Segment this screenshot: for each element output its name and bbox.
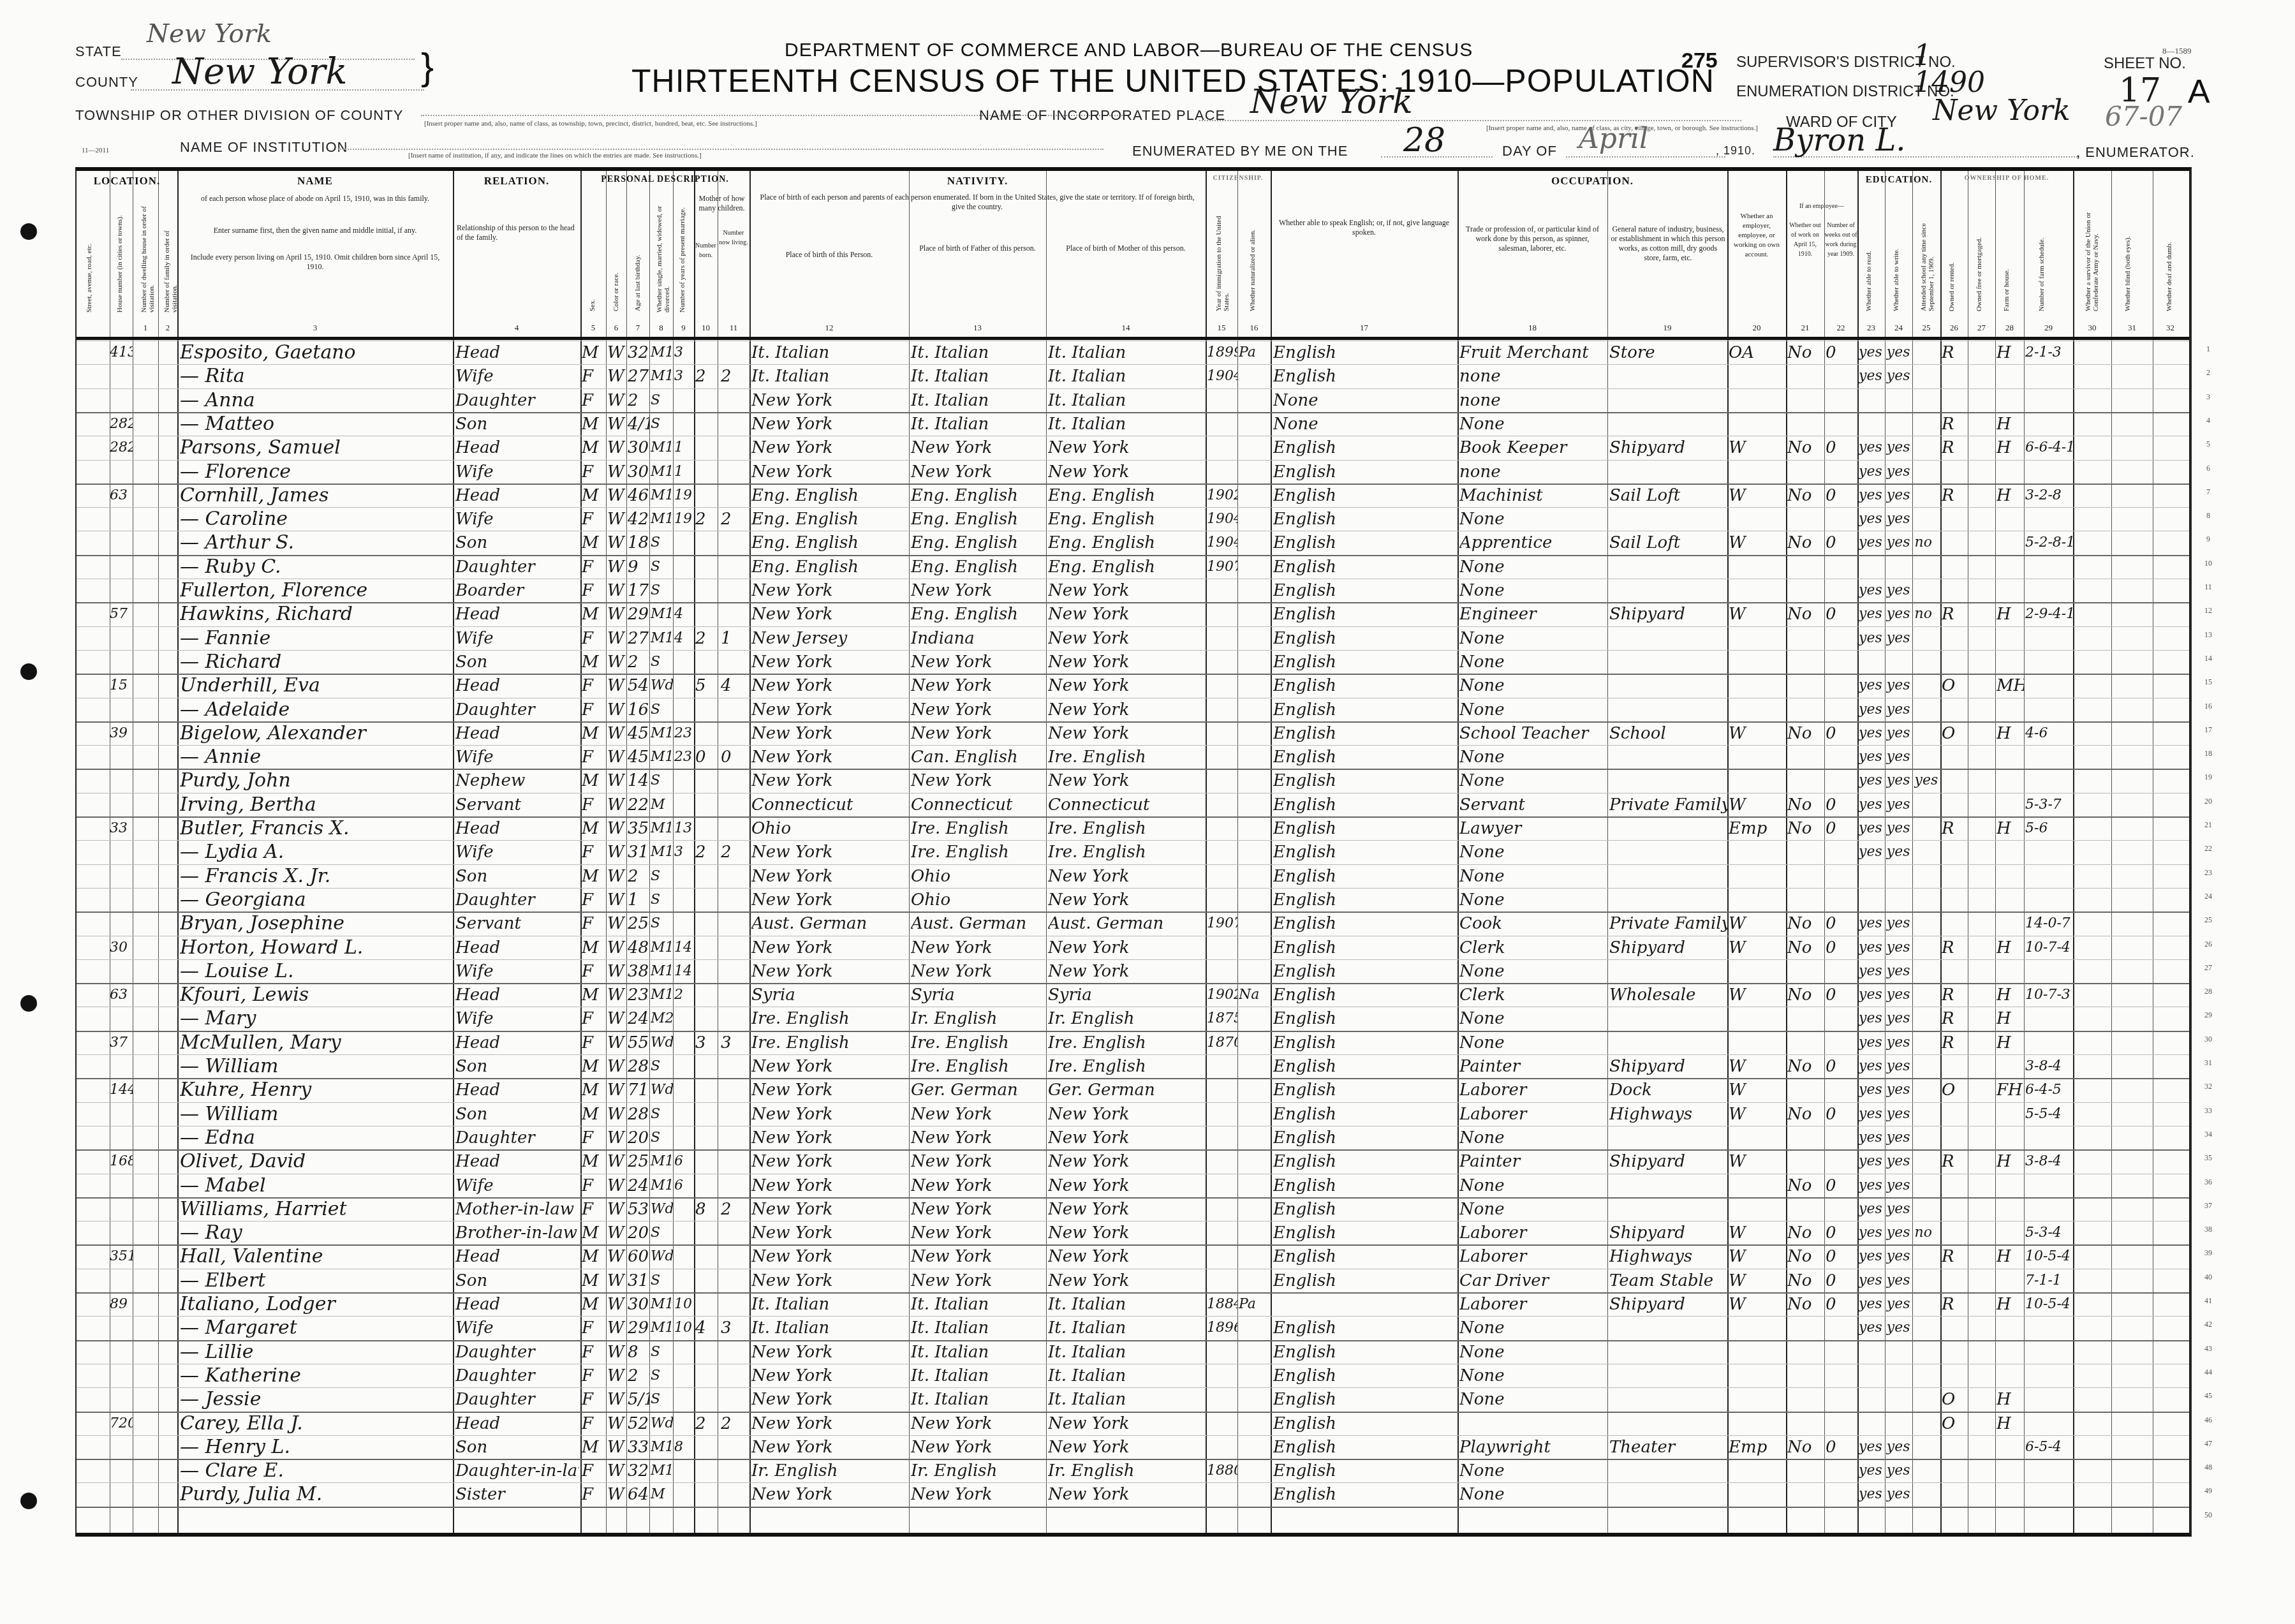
race-cell: W: [607, 650, 626, 674]
mother-birthplace-cell: Ir. English: [1048, 1459, 1206, 1483]
sex-cell: F: [582, 1340, 606, 1364]
employer-status-cell: W: [1729, 1221, 1786, 1245]
language-desc: Whether able to speak English; or, if no…: [1273, 218, 1455, 237]
age-cell: 30: [628, 436, 649, 460]
mother-of: Mother of how many children.: [694, 194, 749, 213]
line-number: 5: [2201, 439, 2216, 449]
table-row: 168Olivet, DavidHeadMW25M16New YorkNew Y…: [77, 1149, 2189, 1173]
language-cell: English: [1273, 1054, 1457, 1079]
sex-cell: M: [582, 1244, 606, 1269]
race-cell: W: [607, 460, 626, 484]
father-birthplace-cell: Aust. German: [911, 912, 1046, 936]
person-name-cell: Irving, Bertha: [180, 793, 451, 817]
employer-status-cell: W: [1729, 1102, 1786, 1126]
table-row: — AdelaideDaughterFW16SNew YorkNew YorkN…: [77, 698, 2189, 721]
years-married-cell: 3: [674, 840, 694, 864]
house-number-cell: 351: [110, 1244, 133, 1269]
trade-cell: none: [1459, 460, 1607, 484]
vh-veteran: Whether a survivor of the Union or Confe…: [2085, 177, 2100, 311]
trade-cell: None: [1459, 555, 1607, 579]
farm-house-cell: MH: [1996, 674, 2024, 698]
marital-status-cell: M1: [651, 936, 673, 960]
sheet-letter: A: [2188, 73, 2210, 111]
line-number: 28: [2201, 987, 2216, 996]
home-schedule-cell: 3-8-4: [2025, 1149, 2153, 1174]
person-name-cell: Butler, Francis X.: [180, 816, 451, 841]
language-cell: English: [1273, 1316, 1457, 1340]
birthplace-cell: Ire. English: [751, 1031, 909, 1055]
table-row: — RitaWifeFW27M1322It. ItalianIt. Italia…: [77, 364, 2189, 388]
header-occupation: OCCUPATION.: [1457, 175, 1727, 188]
birthplace-cell: New York: [751, 674, 909, 698]
read-write-cell: yes yes: [1859, 721, 1940, 746]
header-relation: RELATION.: [453, 175, 580, 188]
line-number: 44: [2201, 1368, 2216, 1377]
marital-status-cell: M1: [651, 983, 673, 1007]
colnum: 18: [1457, 323, 1607, 333]
age-cell: 45: [628, 721, 649, 746]
trade-cell: Laborer: [1459, 1102, 1607, 1126]
person-name-cell: Hall, Valentine: [180, 1244, 451, 1269]
house-number-cell: 282: [110, 436, 133, 460]
birthplace-cell: New York: [751, 864, 909, 889]
race-cell: W: [607, 959, 626, 984]
marital-status-cell: M1: [651, 1292, 673, 1317]
relation-cell: Head: [455, 436, 579, 460]
incorporated-place-label: Name of incorporated place: [979, 107, 1225, 124]
age-cell: 25: [628, 1149, 649, 1174]
line-number: 50: [2201, 1510, 2216, 1520]
read-write-cell: yes yes: [1859, 912, 1940, 936]
vh-age: Age at last birthday.: [634, 209, 642, 311]
language-cell: English: [1273, 912, 1457, 936]
person-name-cell: Bigelow, Alexander: [180, 721, 451, 746]
race-cell: W: [607, 1435, 626, 1459]
read-write-cell: yes yes: [1859, 364, 1940, 388]
sex-cell: M: [582, 484, 606, 508]
trade-cell: Apprentice: [1459, 531, 1607, 555]
farm-house-cell: H: [1996, 412, 2024, 436]
sex-cell: F: [582, 959, 606, 984]
age-cell: 27: [628, 626, 649, 651]
birthplace-cell: New York: [751, 436, 909, 460]
line-number: 12: [2201, 606, 2216, 616]
relation-cell: Head: [455, 1292, 579, 1317]
birthplace-cell: New York: [751, 721, 909, 746]
father-birthplace-cell: New York: [911, 674, 1046, 698]
employer-status-cell: W: [1729, 983, 1786, 1007]
father-birthplace-cell: New York: [911, 1102, 1046, 1126]
race-cell: W: [607, 1412, 626, 1436]
father-birthplace-cell: New York: [911, 1435, 1046, 1459]
birth-mother: Place of birth of Mother of this person.: [1049, 244, 1202, 253]
trade-cell: None: [1459, 1174, 1607, 1198]
person-name-cell: — Clare E.: [180, 1459, 451, 1483]
age-cell: 54: [628, 674, 649, 698]
race-cell: W: [607, 864, 626, 889]
marital-status-cell: M1: [651, 364, 673, 388]
marital-status-cell: M1: [651, 484, 673, 508]
race-cell: W: [607, 674, 626, 698]
age-cell: 28: [628, 1054, 649, 1079]
relation-cell: Head: [455, 1031, 579, 1055]
age-cell: 28: [628, 1102, 649, 1126]
trade-cell: Laborer: [1459, 1292, 1607, 1317]
birthplace-cell: New York: [751, 1244, 909, 1269]
immigration-year-cell: 1904: [1207, 507, 1237, 531]
person-name-cell: — Anna: [180, 388, 451, 413]
house-number-cell: 15: [110, 674, 133, 698]
relation-cell: Wife: [455, 1007, 579, 1031]
mother-birthplace-cell: New York: [1048, 579, 1206, 603]
house-number-cell: 413: [110, 341, 133, 365]
race-cell: W: [607, 1174, 626, 1198]
immigration-year-cell: 1880: [1207, 1459, 1237, 1483]
owned-rented-cell: R: [1942, 1244, 1968, 1269]
line-number: 35: [2201, 1153, 2216, 1163]
read-write-cell: yes yes: [1859, 1482, 1940, 1507]
person-name-cell: Bryan, Josephine: [180, 912, 451, 936]
vh-family: Number of family in order of visitation.: [163, 204, 179, 313]
sex-cell: M: [582, 1054, 606, 1079]
employer-status-cell: W: [1729, 531, 1786, 555]
out-of-work-cell: No: [1787, 1435, 1824, 1459]
father-birthplace-cell: Eng. English: [911, 602, 1046, 626]
read-write-cell: yes yes: [1859, 1007, 1940, 1031]
children-living-cell: 3: [721, 1031, 749, 1055]
naturalization-cell: Na: [1239, 983, 1271, 1007]
house-number-cell: 89: [110, 1292, 133, 1317]
punch-hole: [20, 1493, 37, 1509]
marital-status-cell: M1: [651, 840, 673, 864]
sex-cell: F: [582, 579, 606, 603]
sex-cell: M: [582, 983, 606, 1007]
mother-birthplace-cell: New York: [1048, 602, 1206, 626]
birthplace-cell: New York: [751, 959, 909, 984]
marital-status-cell: S: [651, 579, 673, 603]
table-row: 282Parsons, SamuelHeadMW30M11New YorkNew…: [77, 436, 2189, 459]
home-schedule-cell: 5-5-4: [2025, 1102, 2153, 1126]
trade-cell: None: [1459, 626, 1607, 651]
home-schedule-cell: 10-7-3: [2025, 983, 2153, 1007]
out-of-work-cell: No: [1787, 1174, 1824, 1198]
mother-birthplace-cell: New York: [1048, 864, 1206, 889]
vh-write: Whether able to write.: [1893, 196, 1900, 311]
mother-birthplace-cell: It. Italian: [1048, 1292, 1206, 1317]
header-nativity: NATIVITY.: [749, 175, 1206, 188]
relation-cell: Son: [455, 1102, 579, 1126]
punch-hole: [20, 995, 37, 1012]
mother-birthplace-cell: Aust. German: [1048, 912, 1206, 936]
trade-cell: None: [1459, 1387, 1607, 1412]
sex-cell: M: [582, 412, 606, 436]
birthplace-cell: New York: [751, 460, 909, 484]
farm-house-cell: H: [1996, 816, 2024, 841]
marital-status-cell: S: [651, 1269, 673, 1293]
age-cell: 53: [628, 1197, 649, 1222]
age-cell: 16: [628, 698, 649, 722]
father-birthplace-cell: New York: [911, 1482, 1046, 1507]
vh-free: Owned free or mortgaged.: [1975, 196, 1983, 311]
father-birthplace-cell: New York: [911, 460, 1046, 484]
relation-cell: Son: [455, 412, 579, 436]
line-number: 46: [2201, 1415, 2216, 1425]
institution-label: Name of institution: [180, 139, 348, 156]
sex-cell: M: [582, 650, 606, 674]
relation-cell: Boarder: [455, 579, 579, 603]
race-cell: W: [607, 840, 626, 864]
trade-cell: Playwright: [1459, 1435, 1607, 1459]
father-birthplace-cell: New York: [911, 1197, 1046, 1222]
owned-rented-cell: R: [1942, 436, 1968, 460]
relation-cell: Head: [455, 674, 579, 698]
census-title: THIRTEENTH CENSUS OF THE UNITED STATES: …: [631, 63, 1715, 100]
birthplace-cell: New York: [751, 1435, 909, 1459]
home-schedule-cell: 5-3-7: [2025, 793, 2153, 817]
relation-cell: Son: [455, 531, 579, 555]
mother-birthplace-cell: It. Italian: [1048, 388, 1206, 413]
table-row: — FlorenceWifeFW30M11New YorkNew YorkNew…: [77, 460, 2189, 484]
birthplace-cell: New York: [751, 1078, 909, 1102]
read-write-cell: yes yes: [1859, 484, 1940, 508]
table-row: — MaryWifeFW24M2Ire. EnglishIr. EnglishI…: [77, 1007, 2189, 1030]
father-birthplace-cell: New York: [911, 1244, 1046, 1269]
read-write-cell: yes yes: [1859, 1269, 1940, 1293]
house-number-cell: 30: [110, 936, 133, 960]
weeks-out-cell: 0: [1826, 983, 1857, 1007]
table-row: 63Cornhill, JamesHeadMW46M119Eng. Englis…: [77, 484, 2189, 507]
read-write-cell: yes yes: [1859, 626, 1940, 651]
trade-cell: Book Keeper: [1459, 436, 1607, 460]
vh-farm: Farm or house.: [2003, 196, 2011, 311]
relation-cell: Daughter: [455, 698, 579, 722]
language-cell: English: [1273, 1435, 1457, 1459]
person-name-cell: Fullerton, Florence: [180, 579, 451, 603]
person-name-cell: Williams, Harriet: [180, 1197, 451, 1222]
nativity-desc: Place of birth of each person and parent…: [754, 193, 1200, 212]
mother-birthplace-cell: New York: [1048, 1412, 1206, 1436]
years-married-cell: 19: [674, 484, 694, 508]
trade-cell: None: [1459, 650, 1607, 674]
day-value: 28: [1403, 121, 1445, 159]
language-cell: English: [1273, 341, 1457, 365]
out-of-work: Whether out of work on April 15, 1910.: [1786, 221, 1824, 259]
marital-status-cell: M1: [651, 721, 673, 746]
age-cell: 1: [628, 888, 649, 912]
mother-birthplace-cell: New York: [1048, 650, 1206, 674]
mother-birthplace-cell: It. Italian: [1048, 341, 1206, 365]
mother-birthplace-cell: New York: [1048, 1435, 1206, 1459]
father-birthplace-cell: Ire. English: [911, 840, 1046, 864]
colnum: 4: [453, 323, 580, 333]
township-instruction: [Insert proper name and, also, name of c…: [424, 120, 757, 128]
person-name-cell: McMullen, Mary: [180, 1031, 451, 1055]
marital-status-cell: S: [651, 1221, 673, 1245]
father-birthplace-cell: It. Italian: [911, 1316, 1046, 1340]
birthplace-cell: New York: [751, 1126, 909, 1150]
birthplace-cell: Aust. German: [751, 912, 909, 936]
house-number-cell: 720: [110, 1412, 133, 1436]
marital-status-cell: Wd: [651, 674, 673, 698]
sex-cell: F: [582, 388, 606, 413]
relation-cell: Head: [455, 602, 579, 626]
farm-house-cell: H: [1996, 602, 2024, 626]
person-name-cell: — Caroline: [180, 507, 451, 531]
marital-status-cell: M1: [651, 1435, 673, 1459]
read-write-cell: yes yes: [1859, 983, 1940, 1007]
years-married-cell: 10: [674, 1292, 694, 1317]
table-row: Fullerton, FlorenceBoarderFW17SNew YorkN…: [77, 579, 2189, 602]
age-cell: 35: [628, 816, 649, 841]
person-name-cell: — Henry L.: [180, 1435, 451, 1459]
farm-house-cell: H: [1996, 1244, 2024, 1269]
farm-house-cell: H: [1996, 1387, 2024, 1412]
table-row: 39Bigelow, AlexanderHeadMW45M123New York…: [77, 721, 2189, 745]
age-cell: 33: [628, 1435, 649, 1459]
father-birthplace-cell: Ire. English: [911, 1054, 1046, 1079]
line-number: 32: [2201, 1082, 2216, 1091]
employer-status-cell: W: [1729, 602, 1786, 626]
marital-status-cell: S: [651, 650, 673, 674]
colnum: 2: [158, 323, 177, 333]
table-row: Bryan, JosephineServantFW25SAust. German…: [77, 912, 2189, 935]
name-include: Include every person living on April 15,…: [184, 253, 446, 272]
trade-cell: none: [1459, 388, 1607, 413]
children-living-cell: 1: [721, 626, 749, 651]
line-number: 26: [2201, 940, 2216, 949]
naturalization-cell: Pa: [1239, 1292, 1271, 1317]
sex-cell: M: [582, 864, 606, 889]
immigration-year-cell: 1875: [1207, 1007, 1237, 1031]
mother-birthplace-cell: It. Italian: [1048, 1340, 1206, 1364]
age-cell: 48: [628, 936, 649, 960]
marital-status-cell: S: [651, 388, 673, 413]
sex-cell: F: [582, 1007, 606, 1031]
table-row: — Clare E.Daughter-in-lawFW32M1Ir. Engli…: [77, 1459, 2189, 1482]
person-name-cell: Hawkins, Richard: [180, 602, 451, 626]
marital-status-cell: M1: [651, 626, 673, 651]
age-cell: 2: [628, 864, 649, 889]
language-cell: English: [1273, 1482, 1457, 1507]
race-cell: W: [607, 888, 626, 912]
vh-read: Whether able to read.: [1865, 196, 1873, 311]
trade-cell: none: [1459, 364, 1607, 388]
sex-cell: F: [582, 555, 606, 579]
table-row: — CarolineWifeFW42M11922Eng. EnglishEng.…: [77, 507, 2189, 531]
home-schedule-cell: 6-6-4-1: [2025, 436, 2153, 460]
marital-status-cell: Wd: [651, 1412, 673, 1436]
employer-status-cell: W: [1729, 793, 1786, 817]
table-row: — MabelWifeFW24M16New YorkNew YorkNew Yo…: [77, 1174, 2189, 1197]
language-cell: English: [1273, 1197, 1457, 1222]
out-of-work-cell: No: [1787, 721, 1824, 746]
industry-cell: Private Family: [1609, 912, 1727, 936]
out-of-work-cell: No: [1787, 531, 1824, 555]
race-cell: W: [607, 1221, 626, 1245]
owned-rented-cell: R: [1942, 983, 1968, 1007]
ward-label: Ward of city: [1786, 114, 1897, 131]
employer-desc: Whether an employer, employee, or workin…: [1729, 212, 1785, 260]
years-married-cell: 4: [674, 626, 694, 651]
owned-rented-cell: R: [1942, 1149, 1968, 1174]
read-write-cell: yes yes yes: [1859, 769, 1940, 793]
trade-cell: None: [1459, 698, 1607, 722]
farm-house-cell: H: [1996, 1007, 2024, 1031]
father-birthplace-cell: New York: [911, 769, 1046, 793]
enumerated-label: Enumerated by me on the: [1132, 143, 1348, 159]
relation-cell: Wife: [455, 507, 579, 531]
relation-cell: Wife: [455, 364, 579, 388]
race-cell: W: [607, 936, 626, 960]
weeks-out-cell: 0: [1826, 484, 1857, 508]
read-write-cell: yes yes: [1859, 460, 1940, 484]
read-write-cell: yes yes no: [1859, 531, 1940, 555]
age-cell: 20: [628, 1221, 649, 1245]
sex-cell: F: [582, 1364, 606, 1388]
language-cell: English: [1273, 936, 1457, 960]
vh-house: House number (in cities or towns).: [116, 204, 124, 313]
marital-status-cell: Wd: [651, 1197, 673, 1222]
trade-cell: Painter: [1459, 1054, 1607, 1079]
read-write-cell: yes yes: [1859, 341, 1940, 365]
table-row: 63Kfouri, LewisHeadMW23M12SyriaSyriaSyri…: [77, 983, 2189, 1007]
race-cell: W: [607, 507, 626, 531]
colnum: 6: [606, 323, 626, 333]
brace: }: [421, 45, 434, 89]
home-schedule-cell: 2-1-3: [2025, 341, 2153, 365]
father-birthplace-cell: Ire. English: [911, 1031, 1046, 1055]
relation-cell: Son: [455, 864, 579, 889]
farm-house-cell: H: [1996, 1292, 2024, 1317]
table-row: 720Carey, Ella J.HeadFW52Wd22New YorkNew…: [77, 1412, 2189, 1435]
employer-status-cell: W: [1729, 1244, 1786, 1269]
birthplace-cell: Ir. English: [751, 1459, 909, 1483]
race-cell: W: [607, 579, 626, 603]
industry-cell: Highways: [1609, 1102, 1727, 1126]
immigration-year-cell: 1902: [1207, 983, 1237, 1007]
language-cell: English: [1273, 698, 1457, 722]
trade-cell: None: [1459, 579, 1607, 603]
sex-cell: F: [582, 674, 606, 698]
father-birthplace-cell: New York: [911, 650, 1046, 674]
weeks-out-cell: 0: [1826, 1244, 1857, 1269]
age-cell: 31: [628, 840, 649, 864]
mother-birthplace-cell: Ire. English: [1048, 816, 1206, 841]
table-row: 89Italiano, LodgerHeadMW30M110It. Italia…: [77, 1292, 2189, 1316]
sex-cell: M: [582, 1221, 606, 1245]
father-birthplace-cell: It. Italian: [911, 1340, 1046, 1364]
age-cell: 14: [628, 769, 649, 793]
person-name-cell: Esposito, Gaetano: [180, 341, 451, 365]
out-of-work-cell: No: [1787, 793, 1824, 817]
birthplace-cell: New York: [751, 698, 909, 722]
birthplace-cell: New York: [751, 745, 909, 769]
person-name-cell: — Francis X. Jr.: [180, 864, 451, 889]
children-born-cell: 2: [695, 840, 718, 864]
vh-blind: Whether blind (both eyes).: [2124, 177, 2132, 311]
line-number: 9: [2201, 535, 2216, 544]
line-number: 33: [2201, 1106, 2216, 1116]
birthplace-cell: New York: [751, 412, 909, 436]
owned-rented-cell: R: [1942, 936, 1968, 960]
out-of-work-cell: No: [1787, 484, 1824, 508]
line-number: 13: [2201, 630, 2216, 640]
years-married-cell: 14: [674, 936, 694, 960]
person-name-cell: — Margaret: [180, 1316, 451, 1340]
sex-cell: M: [582, 1269, 606, 1293]
read-write-cell: yes yes: [1859, 1459, 1940, 1483]
race-cell: W: [607, 1292, 626, 1317]
